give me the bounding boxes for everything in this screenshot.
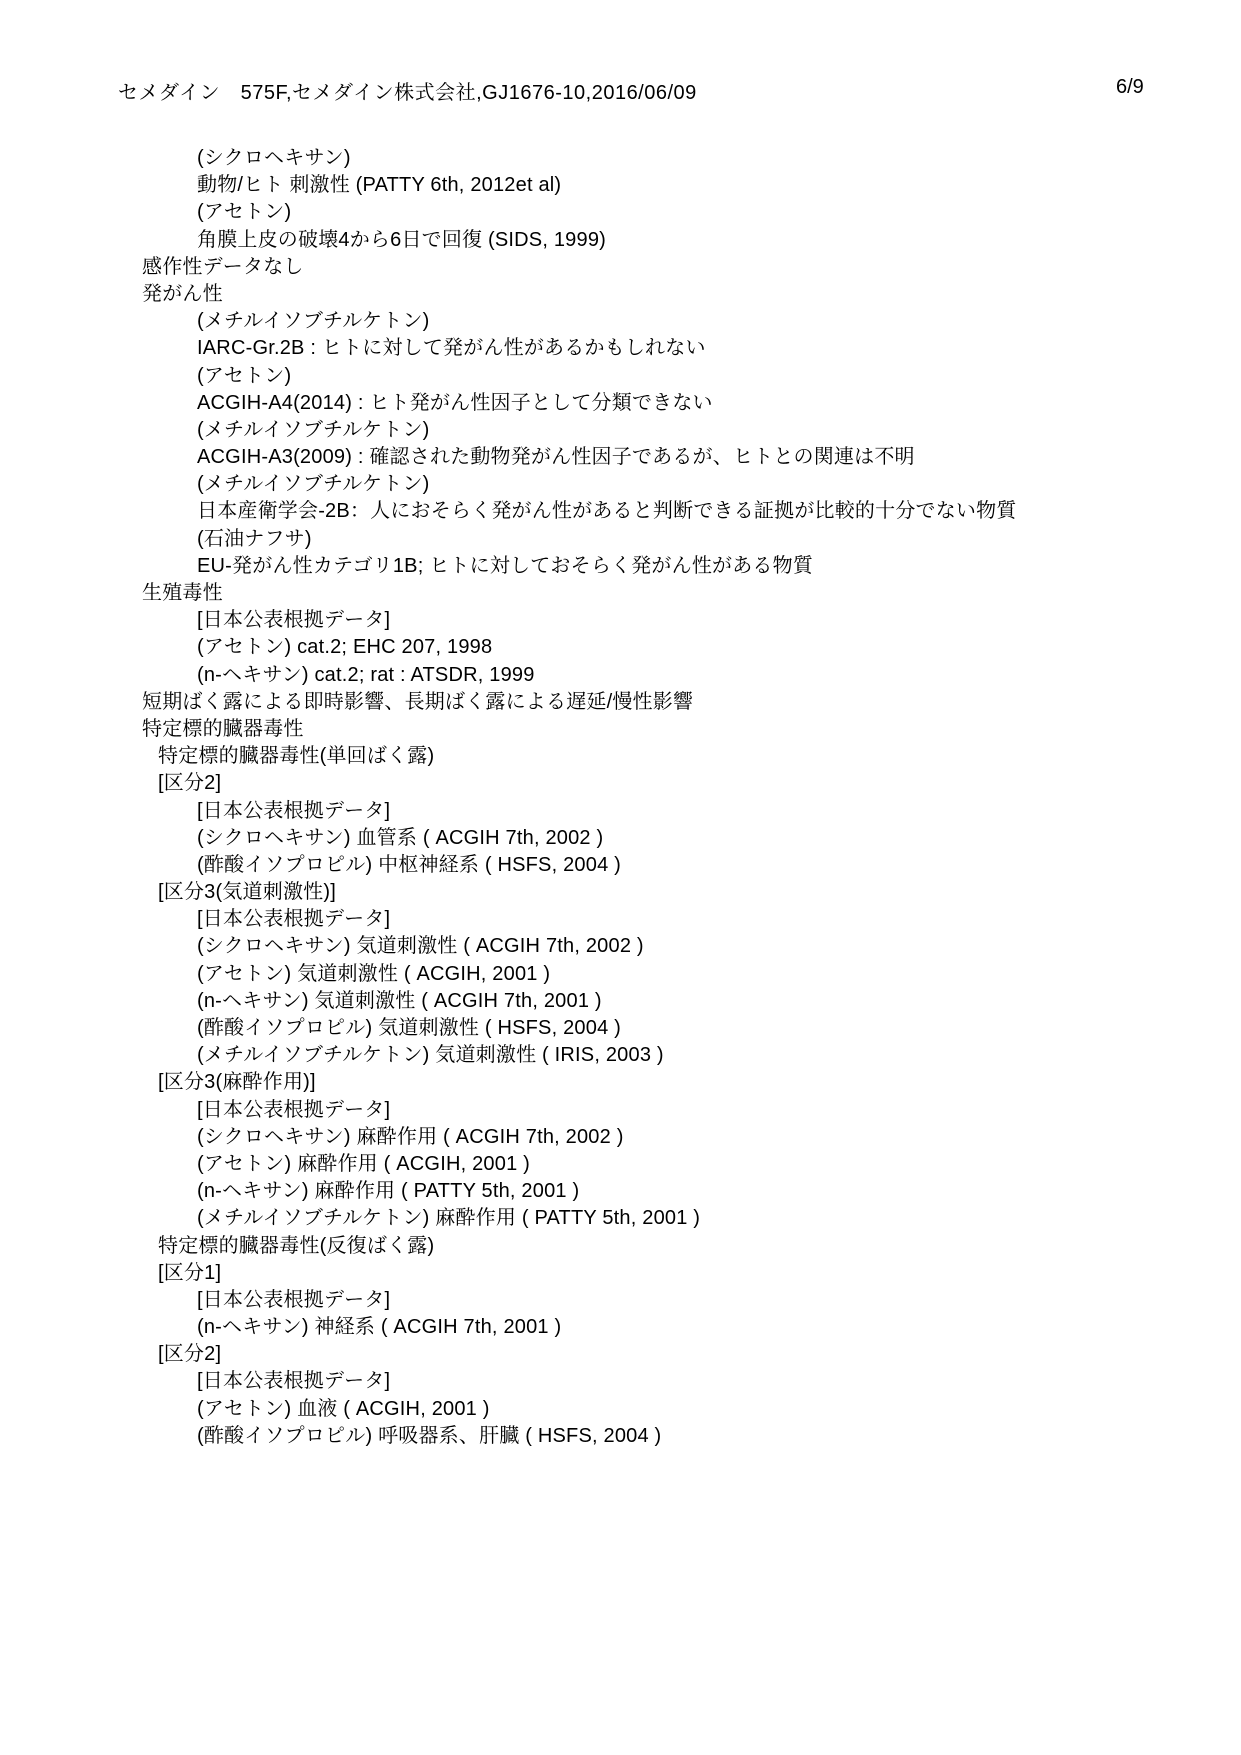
- document-header-title: セメダイン 575F,セメダイン株式会社,GJ1676-10,2016/06/0…: [118, 76, 697, 105]
- document-line: (n-ヘキサン) 神経系 ( ACGIH 7th, 2001 ): [0, 1314, 1241, 1341]
- document-line: [区分3(気道刺激性)]: [0, 879, 1241, 906]
- document-line: [日本公表根拠データ]: [0, 1097, 1241, 1124]
- document-line: (アセトン) cat.2; EHC 207, 1998: [0, 634, 1241, 661]
- document-line: [区分1]: [0, 1260, 1241, 1287]
- document-line: [区分2]: [0, 770, 1241, 797]
- document-line: 特定標的臓器毒性(反復ばく露): [0, 1233, 1241, 1260]
- document-line: 角膜上皮の破壊4から6日で回復 (SIDS, 1999): [0, 227, 1241, 254]
- document-line: ACGIH-A3(2009) : 確認された動物発がん性因子であるが、ヒトとの関…: [0, 444, 1241, 471]
- document-line: 生殖毒性: [0, 580, 1241, 607]
- document-line: [日本公表根拠データ]: [0, 798, 1241, 825]
- document-line: 動物/ヒト 刺激性 (PATTY 6th, 2012et al): [0, 172, 1241, 199]
- document-line: [区分3(麻酔作用)]: [0, 1069, 1241, 1096]
- document-line: [日本公表根拠データ]: [0, 607, 1241, 634]
- document-line: [日本公表根拠データ]: [0, 1287, 1241, 1314]
- document-line: (アセトン) 気道刺激性 ( ACGIH, 2001 ): [0, 961, 1241, 988]
- document-line: 感作性データなし: [0, 254, 1241, 281]
- document-line: (n-ヘキサン) cat.2; rat : ATSDR, 1999: [0, 662, 1241, 689]
- document-line: 特定標的臓器毒性: [0, 716, 1241, 743]
- document-line: [区分2]: [0, 1341, 1241, 1368]
- page-number: 6/9: [1116, 76, 1144, 99]
- document-line: ACGIH-A4(2014) : ヒト発がん性因子として分類できない: [0, 390, 1241, 417]
- document-line: (アセトン): [0, 363, 1241, 390]
- document-line: (アセトン) 麻酔作用 ( ACGIH, 2001 ): [0, 1151, 1241, 1178]
- document-line: (シクロヘキサン) 気道刺激性 ( ACGIH 7th, 2002 ): [0, 933, 1241, 960]
- document-body: (シクロヘキサン)動物/ヒト 刺激性 (PATTY 6th, 2012et al…: [0, 145, 1241, 1450]
- document-line: (メチルイソブチルケトン): [0, 417, 1241, 444]
- document-line: (酢酸イソプロピル) 気道刺激性 ( HSFS, 2004 ): [0, 1015, 1241, 1042]
- document-line: (シクロヘキサン) 麻酔作用 ( ACGIH 7th, 2002 ): [0, 1124, 1241, 1151]
- document-page: セメダイン 575F,セメダイン株式会社,GJ1676-10,2016/06/0…: [0, 0, 1241, 1755]
- document-line: EU-発がん性カテゴリ1B; ヒトに対しておそらく発がん性がある物質: [0, 553, 1241, 580]
- document-line: (アセトン) 血液 ( ACGIH, 2001 ): [0, 1396, 1241, 1423]
- document-line: (アセトン): [0, 199, 1241, 226]
- document-line: 特定標的臓器毒性(単回ばく露): [0, 743, 1241, 770]
- document-line: (シクロヘキサン): [0, 145, 1241, 172]
- document-line: (酢酸イソプロピル) 呼吸器系、肝臓 ( HSFS, 2004 ): [0, 1423, 1241, 1450]
- document-line: 短期ばく露による即時影響、長期ばく露による遅延/慢性影響: [0, 689, 1241, 716]
- document-line: (シクロヘキサン) 血管系 ( ACGIH 7th, 2002 ): [0, 825, 1241, 852]
- document-line: (n-ヘキサン) 麻酔作用 ( PATTY 5th, 2001 ): [0, 1178, 1241, 1205]
- document-line: 発がん性: [0, 281, 1241, 308]
- document-line: (酢酸イソプロピル) 中枢神経系 ( HSFS, 2004 ): [0, 852, 1241, 879]
- document-line: (メチルイソブチルケトン) 麻酔作用 ( PATTY 5th, 2001 ): [0, 1205, 1241, 1232]
- document-line: IARC-Gr.2B : ヒトに対して発がん性があるかもしれない: [0, 335, 1241, 362]
- document-line: 日本産衛学会-2B：人におそらく発がん性があると判断できる証拠が比較的十分でない…: [0, 498, 1241, 525]
- document-line: (n-ヘキサン) 気道刺激性 ( ACGIH 7th, 2001 ): [0, 988, 1241, 1015]
- document-line: (メチルイソブチルケトン): [0, 308, 1241, 335]
- document-line: (メチルイソブチルケトン): [0, 471, 1241, 498]
- document-line: [日本公表根拠データ]: [0, 1368, 1241, 1395]
- document-line: (石油ナフサ): [0, 526, 1241, 553]
- document-line: (メチルイソブチルケトン) 気道刺激性 ( IRIS, 2003 ): [0, 1042, 1241, 1069]
- document-line: [日本公表根拠データ]: [0, 906, 1241, 933]
